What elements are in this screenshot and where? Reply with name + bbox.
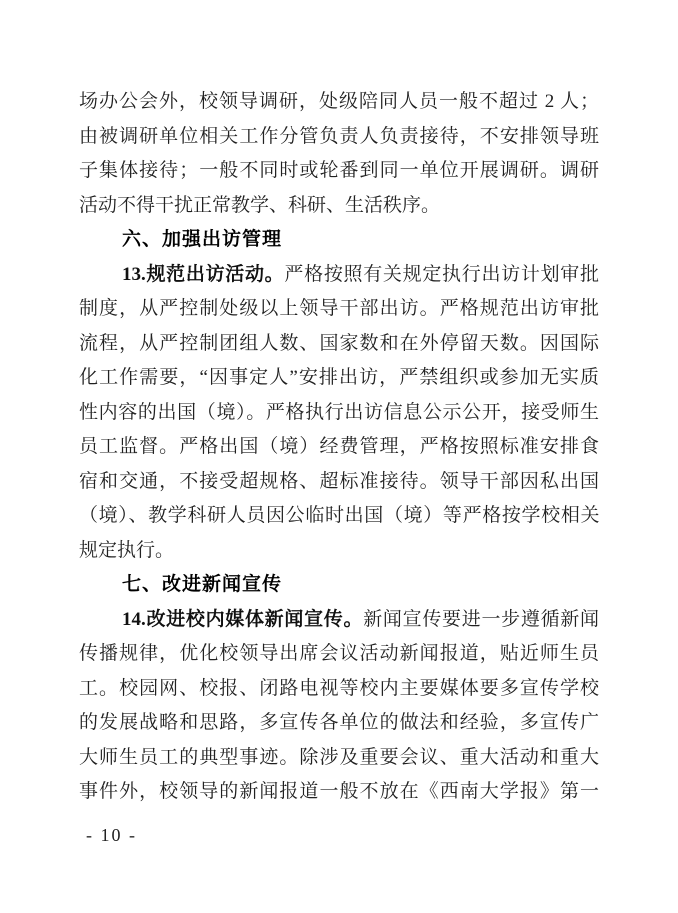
body-line: 的发展战略和思路，多宣传各单位的做法和经验，多宣传广 bbox=[79, 706, 599, 741]
body-line: 14.改进校内媒体新闻宣传。新闻宣传要进一步遵循新闻 bbox=[79, 603, 599, 638]
body-line: 工。校园网、校报、闭路电视等校内主要媒体要多宣传学校 bbox=[79, 672, 599, 707]
body-line: 宿和交通，不接受超规格、超标准接待。领导干部因私出国 bbox=[79, 465, 599, 500]
body-line: 性内容的出国（境）。严格执行出访信息公示公开，接受师生 bbox=[79, 396, 599, 431]
body-line: 员工监督。严格出国（境）经费管理，严格按照标准安排食 bbox=[79, 430, 599, 465]
body-line: 子集体接待；一般不同时或轮番到同一单位开展调研。调研 bbox=[79, 154, 599, 189]
body-line: 事件外，校领导的新闻报道一般不放在《西南大学报》第一 bbox=[79, 775, 599, 810]
body-line-text: 严格按照有关规定执行出访计划审批 bbox=[284, 264, 599, 285]
body-line: 13.规范出访活动。严格按照有关规定执行出访计划审批 bbox=[79, 258, 599, 293]
body-line: 场办公会外，校领导调研，处级陪同人员一般不超过 2 人； bbox=[79, 85, 599, 120]
body-line: 规定执行。 bbox=[79, 534, 599, 569]
paragraph-14-news-publicity: 14.改进校内媒体新闻宣传。新闻宣传要进一步遵循新闻 传播规律，优化校领导出席会… bbox=[79, 603, 599, 810]
paragraph-research-rules: 场办公会外，校领导调研，处级陪同人员一般不超过 2 人； 由被调研单位相关工作分… bbox=[79, 85, 599, 223]
section-heading-7: 七、改进新闻宣传 bbox=[79, 568, 599, 603]
paragraph-13-lead: 13.规范出访活动。 bbox=[122, 264, 284, 285]
body-line-text: 新闻宣传要进一步遵循新闻 bbox=[363, 609, 599, 630]
paragraph-13-outbound-visits: 13.规范出访活动。严格按照有关规定执行出访计划审批 制度，从严控制处级以上领导… bbox=[79, 258, 599, 569]
body-line: 大师生员工的典型事迹。除涉及重要会议、重大活动和重大 bbox=[79, 741, 599, 776]
body-line: （境）、教学科研人员因公临时出国（境）等严格按学校相关 bbox=[79, 499, 599, 534]
document-body: 场办公会外，校领导调研，处级陪同人员一般不超过 2 人； 由被调研单位相关工作分… bbox=[79, 85, 599, 810]
body-line: 制度，从严控制处级以上领导干部出访。严格规范出访审批 bbox=[79, 292, 599, 327]
body-line: 流程，从严控制团组人数、国家数和在外停留天数。因国际 bbox=[79, 327, 599, 362]
body-line: 化工作需要，“因事定人”安排出访，严禁组织或参加无实质 bbox=[79, 361, 599, 396]
body-line: 活动不得干扰正常教学、科研、生活秩序。 bbox=[79, 189, 599, 224]
paragraph-14-lead: 14.改进校内媒体新闻宣传。 bbox=[122, 609, 363, 630]
body-line: 由被调研单位相关工作分管负责人负责接待，不安排领导班 bbox=[79, 120, 599, 155]
section-heading-6: 六、加强出访管理 bbox=[79, 223, 599, 258]
page-number: - 10 - bbox=[86, 824, 137, 846]
body-line: 传播规律，优化校领导出席会议活动新闻报道，贴近师生员 bbox=[79, 637, 599, 672]
